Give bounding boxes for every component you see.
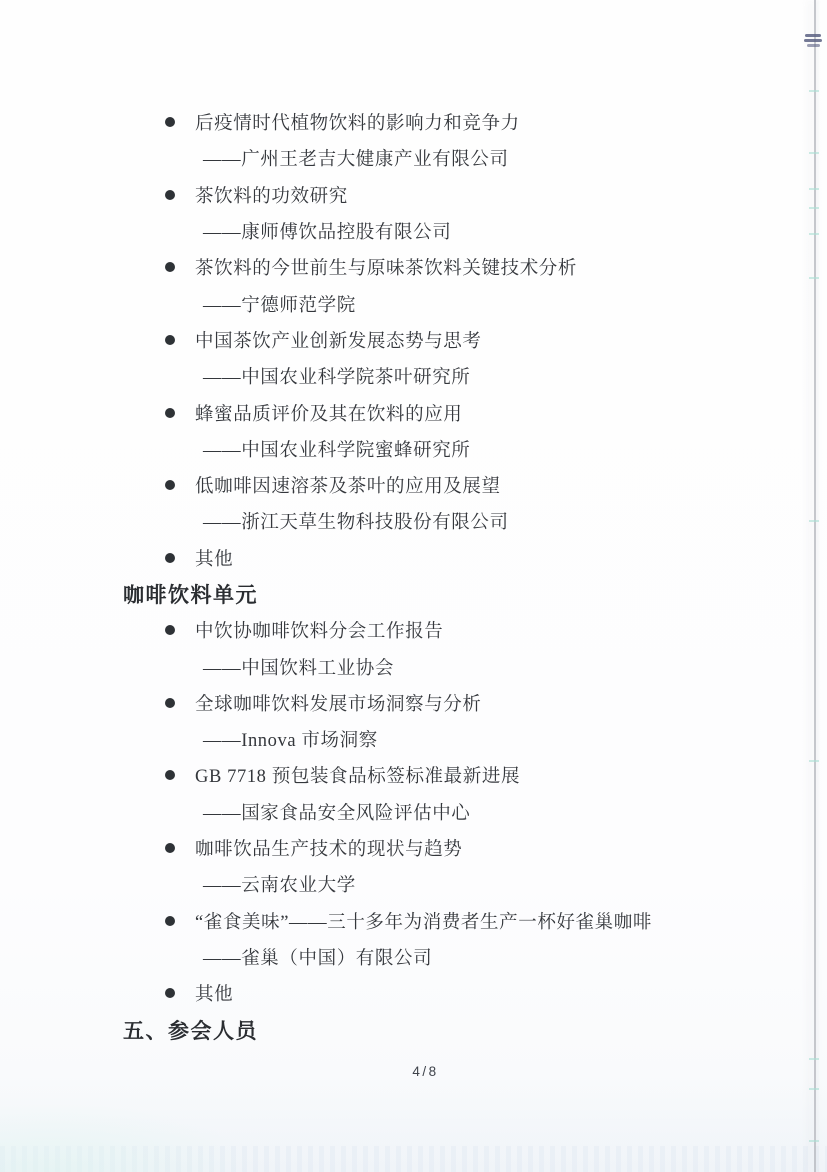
scan-tick-mark: [809, 520, 819, 522]
scan-tick-mark: [809, 277, 819, 279]
agenda-item-title: 茶饮料的功效研究: [195, 182, 348, 208]
agenda-item-presenter: ——中国饮料工业协会: [203, 654, 394, 680]
bullet-icon: [165, 262, 175, 272]
agenda-item-presenter: ——广州王老吉大健康产业有限公司: [203, 145, 509, 171]
agenda-item-title: 全球咖啡饮料发展市场洞察与分析: [195, 690, 482, 716]
bullet-icon: [165, 117, 175, 127]
bullet-icon: [165, 770, 175, 780]
agenda-item-title: “雀食美味”——三十多年为消费者生产一杯好雀巢咖啡: [195, 908, 652, 934]
bullet-icon: [165, 843, 175, 853]
agenda-item-presenter-row: ——中国农业科学院茶叶研究所: [90, 358, 813, 394]
agenda-item-presenter-row: ——康师傅饮品控股有限公司: [90, 213, 813, 249]
agenda-item-presenter: ——中国农业科学院蜜蜂研究所: [203, 436, 470, 462]
agenda-item: 中国茶饮产业创新发展态势与思考: [90, 322, 813, 358]
scan-tick-mark: [809, 90, 819, 92]
scan-tick-mark: [809, 207, 819, 209]
scan-tick-mark: [809, 760, 819, 762]
agenda-item-presenter: ——中国农业科学院茶叶研究所: [203, 363, 470, 389]
agenda-item: 蜂蜜品质评价及其在饮料的应用: [90, 394, 813, 430]
bullet-icon: [165, 408, 175, 418]
scan-tick-mark: [809, 188, 819, 190]
agenda-item: “雀食美味”——三十多年为消费者生产一杯好雀巢咖啡: [90, 903, 813, 939]
agenda-item-presenter-row: ——国家食品安全风险评估中心: [90, 794, 813, 830]
agenda-item: 中饮协咖啡饮料分会工作报告: [90, 612, 813, 648]
bullet-icon: [165, 916, 175, 926]
agenda-item-title: 中饮协咖啡饮料分会工作报告: [195, 617, 443, 643]
agenda-list: 后疫情时代植物饮料的影响力和竞争力 ——广州王老吉大健康产业有限公司 茶饮料的功…: [90, 104, 813, 1048]
agenda-item-other: 其他: [90, 975, 813, 1011]
agenda-item-title: 咖啡饮品生产技术的现状与趋势: [195, 835, 462, 861]
section-heading-text: 五、参会人员: [123, 1015, 258, 1045]
agenda-item-presenter: ——浙江天草生物科技股份有限公司: [203, 508, 509, 534]
agenda-item-presenter: ——Innova 市场洞察: [203, 726, 378, 752]
section-heading-participants: 五、参会人员: [90, 1011, 813, 1047]
bullet-icon: [165, 480, 175, 490]
bullet-icon: [165, 988, 175, 998]
agenda-item-title: 蜂蜜品质评价及其在饮料的应用: [195, 400, 462, 426]
agenda-item-presenter-row: ——中国饮料工业协会: [90, 648, 813, 684]
scan-bottom-tint: [0, 1077, 827, 1172]
bullet-icon: [165, 553, 175, 563]
bullet-icon: [165, 335, 175, 345]
pen-scribble-stroke: [807, 44, 820, 47]
agenda-item-title: 低咖啡因速溶茶及茶叶的应用及展望: [195, 472, 501, 498]
scan-tick-mark: [809, 1058, 819, 1060]
pen-scribble-stroke: [805, 34, 821, 37]
agenda-item-title: 茶饮料的今世前生与原味茶饮料关键技术分析: [195, 254, 577, 280]
pen-scribble-mark: [805, 34, 822, 49]
agenda-item: 后疫情时代植物饮料的影响力和竞争力: [90, 104, 813, 140]
agenda-item-presenter: ——国家食品安全风险评估中心: [203, 799, 470, 825]
scan-bottom-noise: [0, 1146, 827, 1172]
agenda-item-presenter-row: ——广州王老吉大健康产业有限公司: [90, 140, 813, 176]
scan-tick-mark: [809, 1088, 819, 1090]
section-heading-text: 咖啡饮料单元: [123, 579, 258, 609]
agenda-item-presenter-row: ——雀巢（中国）有限公司: [90, 939, 813, 975]
agenda-item-presenter-row: ——Innova 市场洞察: [90, 721, 813, 757]
bullet-icon: [165, 698, 175, 708]
agenda-item-title: 中国茶饮产业创新发展态势与思考: [195, 327, 482, 353]
pen-scribble-stroke: [804, 39, 822, 42]
agenda-item-presenter: ——宁德师范学院: [203, 291, 356, 317]
agenda-item-title: 其他: [195, 545, 233, 571]
agenda-item-title: 其他: [195, 980, 233, 1006]
agenda-item: 全球咖啡饮料发展市场洞察与分析: [90, 685, 813, 721]
page-number: 4/8: [12, 1064, 827, 1079]
agenda-item: GB 7718 预包装食品标签标准最新进展: [90, 757, 813, 793]
agenda-item-title: 后疫情时代植物饮料的影响力和竞争力: [195, 109, 520, 135]
scan-tick-mark: [809, 152, 819, 154]
scan-edge-line: [814, 0, 816, 1172]
agenda-item-presenter: ——康师傅饮品控股有限公司: [203, 218, 451, 244]
scan-tick-mark: [809, 233, 819, 235]
agenda-item: 低咖啡因速溶茶及茶叶的应用及展望: [90, 467, 813, 503]
scan-corner-tint: [0, 1102, 260, 1172]
agenda-item-presenter-row: ——宁德师范学院: [90, 285, 813, 321]
agenda-item-presenter: ——云南农业大学: [203, 871, 356, 897]
agenda-item: 咖啡饮品生产技术的现状与趋势: [90, 830, 813, 866]
agenda-item-presenter-row: ——浙江天草生物科技股份有限公司: [90, 503, 813, 539]
agenda-item-other: 其他: [90, 540, 813, 576]
scanned-document-page: 后疫情时代植物饮料的影响力和竞争力 ——广州王老吉大健康产业有限公司 茶饮料的功…: [0, 0, 827, 1172]
bullet-icon: [165, 190, 175, 200]
section-heading-coffee-unit: 咖啡饮料单元: [90, 576, 813, 612]
agenda-item-presenter-row: ——中国农业科学院蜜蜂研究所: [90, 431, 813, 467]
agenda-item: 茶饮料的今世前生与原味茶饮料关键技术分析: [90, 249, 813, 285]
bullet-icon: [165, 625, 175, 635]
agenda-item: 茶饮料的功效研究: [90, 177, 813, 213]
agenda-item-presenter: ——雀巢（中国）有限公司: [203, 944, 432, 970]
agenda-item-title: GB 7718 预包装食品标签标准最新进展: [195, 762, 520, 788]
scan-tick-mark: [809, 1140, 819, 1142]
agenda-item-presenter-row: ——云南农业大学: [90, 866, 813, 902]
